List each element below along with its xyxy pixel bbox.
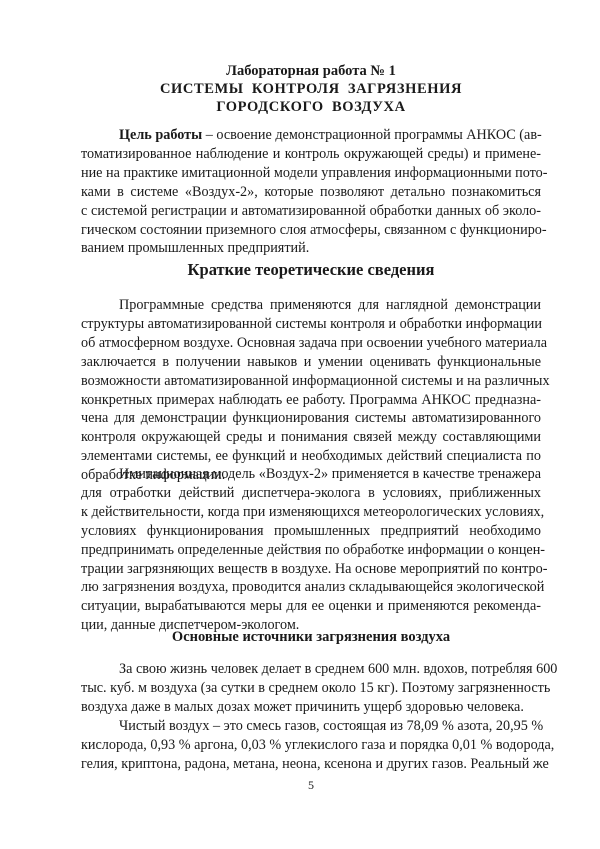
text-line: лю загрязнения воздуха, проводится анали… xyxy=(81,578,541,597)
main-title-line-1: СИСТЕМЫ КОНТРОЛЯ ЗАГРЯЗНЕНИЯ xyxy=(81,80,541,98)
text-line: элементами системы, ее функций и необход… xyxy=(81,447,541,466)
lab-title: Лабораторная работа № 1 xyxy=(81,62,541,80)
text-line: заключается в получении навыков и умении… xyxy=(81,353,541,372)
text-line: структуры автоматизированной системы кон… xyxy=(81,315,541,334)
text-line: контроля окружающей среды и понимания св… xyxy=(81,428,541,447)
section-heading-theory: Краткие теоретические сведения xyxy=(81,260,541,280)
goal-label: Цель работы xyxy=(119,127,202,143)
text-line: ками в системе «Воздух-2», которые позво… xyxy=(81,183,541,202)
goal-paragraph: Цель работы – освоение демонстрационной … xyxy=(81,126,541,258)
text-line: предпринимать определенные действия по о… xyxy=(81,541,541,560)
text-line: кислорода, 0,93 % аргона, 0,03 % углекис… xyxy=(81,736,541,755)
text-line: За свою жизнь человек делает в среднем 6… xyxy=(81,660,541,679)
page-number: 5 xyxy=(81,778,541,792)
text-line: гелия, криптона, радона, метана, неона, … xyxy=(81,755,541,774)
theory-paragraph-2: Имитационная модель «Воздух-2» применяет… xyxy=(81,465,541,635)
text-line: об атмосферном воздухе. Основная задача … xyxy=(81,334,541,353)
section-1-heading-wrap: Краткие теоретические сведения xyxy=(81,260,541,280)
main-title-line-2: ГОРОДСКОГО ВОЗДУХА xyxy=(81,98,541,116)
text-line: трации загрязняющих веществ в воздухе. Н… xyxy=(81,560,541,579)
text-line: Чистый воздух – это смесь газов, состоящ… xyxy=(81,717,541,736)
text-line: Цель работы – освоение демонстрационной … xyxy=(81,126,541,145)
text-line: томатизированное наблюдение и контроль о… xyxy=(81,145,541,164)
text-line: условиях функционирования промышленных п… xyxy=(81,522,541,541)
sources-paragraph-2: Чистый воздух – это смесь газов, состоящ… xyxy=(81,717,541,774)
text-line: возможности автоматизированной информаци… xyxy=(81,372,541,391)
text-line: с системой регистрации и автоматизирован… xyxy=(81,202,541,221)
text-line: гическом состоянии приземного слоя атмос… xyxy=(81,221,541,240)
goal-section: Цель работы – освоение демонстрационной … xyxy=(81,126,541,258)
text-line: для отработки действий диспетчера-эколог… xyxy=(81,484,541,503)
section-heading-pollution-sources: Основные источники загрязнения воздуха xyxy=(81,628,541,646)
text-line: тыс. куб. м воздуха (за сутки в среднем … xyxy=(81,679,541,698)
text-line: Имитационная модель «Воздух-2» применяет… xyxy=(81,465,541,484)
text-line: ситуации, вырабатываются меры для ее оце… xyxy=(81,597,541,616)
title-block: Лабораторная работа № 1 СИСТЕМЫ КОНТРОЛЯ… xyxy=(81,62,541,116)
section-2-heading-wrap: Основные источники загрязнения воздуха xyxy=(81,628,541,646)
text-line: воздуха даже в малых дозах может причини… xyxy=(81,698,541,717)
text-line: чена для демонстрации функционирования с… xyxy=(81,409,541,428)
theory-paragraph-1: Программные средства применяются для наг… xyxy=(81,296,541,485)
text-line: ние на практике имитационной модели упра… xyxy=(81,164,541,183)
sources-paragraph-1: За свою жизнь человек делает в среднем 6… xyxy=(81,660,541,717)
text-line: конкретных примерах наблюдать ее работу.… xyxy=(81,391,541,410)
text-line: ванием промышленных предприятий. xyxy=(81,239,541,258)
text-line: к действительности, когда при изменяющих… xyxy=(81,503,541,522)
text-line: Программные средства применяются для наг… xyxy=(81,296,541,315)
